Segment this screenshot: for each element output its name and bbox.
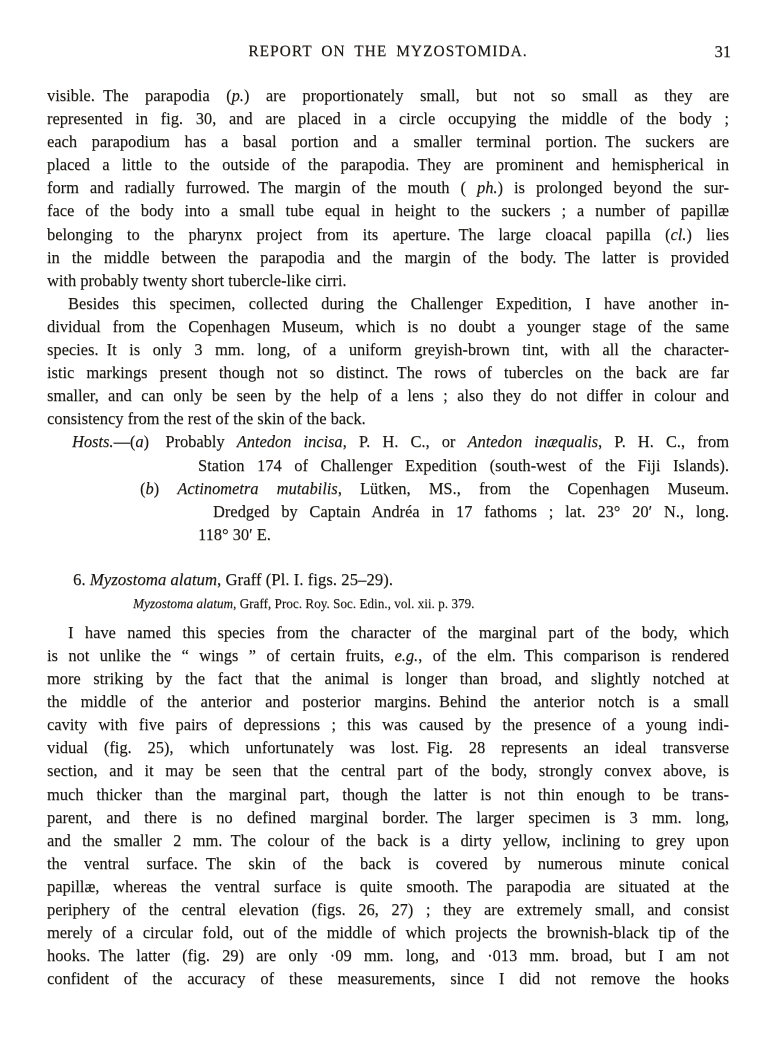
text-line: and the smaller 2 mm. The colour of the …: [47, 829, 729, 852]
paragraph-description: I have named this species from the chara…: [47, 621, 729, 991]
text-line: the ventral surface. The skin of the bac…: [47, 852, 729, 875]
text-line: vidual (fig. 25), which unfortunately wa…: [47, 736, 729, 759]
paragraph-specimen: Besides this specimen, collected during …: [47, 292, 729, 431]
text-line: more striking by the fact that the anima…: [47, 667, 729, 690]
page-number: 31: [715, 42, 732, 62]
page-body: visible. The parapodia (p.) are proporti…: [47, 84, 729, 990]
text-line: with probably twenty short tubercle-like…: [47, 269, 729, 292]
text-line: in the middle between the parapodia and …: [47, 246, 729, 269]
text-line: confident of the accuracy of these measu…: [47, 967, 729, 990]
text-line: face of the body into a small tube equal…: [47, 199, 729, 222]
text-line: placed a little to the outside of the pa…: [47, 153, 729, 176]
text-line: visible. The parapodia (p.) are proporti…: [47, 84, 729, 107]
text-line: I have named this species from the chara…: [47, 621, 729, 644]
text-line: cavity with five pairs of depressions ; …: [47, 713, 729, 736]
hosts-item-b-continuation: Dredged by Captain Andréa in 17 fathoms …: [213, 500, 729, 523]
text-line: much thicker than the marginal part, tho…: [47, 783, 729, 806]
text-line: belonging to the pharynx project from it…: [47, 223, 729, 246]
text-line: represented in fig. 30, and are placed i…: [47, 107, 729, 130]
text-line: species. It is only 3 mm. long, of a uni…: [47, 338, 729, 361]
text-line: Besides this specimen, collected during …: [47, 292, 729, 315]
text-line: form and radially furrowed. The margin o…: [47, 176, 729, 199]
text-line: consistency from the rest of the skin of…: [47, 407, 729, 430]
hosts-item-a: Hosts.—(a) Probably Antedon incisa, P. H…: [72, 430, 729, 453]
text-line: papillæ, whereas the ventral surface is …: [47, 875, 729, 898]
book-page: REPORT ON THE MYZOSTOMIDA. 31 visible. T…: [0, 0, 776, 1050]
hosts-item-a-continuation: Station 174 of Challenger Expedition (so…: [198, 454, 729, 477]
text-line: smaller, and can only be seen by the hel…: [47, 384, 729, 407]
paragraph-continuation: visible. The parapodia (p.) are proporti…: [47, 84, 729, 292]
species-heading: 6. Myzostoma alatum, Graff (Pl. I. figs.…: [73, 568, 729, 591]
text-line: hooks. The latter (fig. 29) are only ·09…: [47, 944, 729, 967]
hosts-list: Hosts.—(a) Probably Antedon incisa, P. H…: [47, 430, 729, 545]
text-line: the middle of the anterior and posterior…: [47, 690, 729, 713]
text-line: section, and it may be seen that the cen…: [47, 759, 729, 782]
text-line: parent, and there is no defined marginal…: [47, 806, 729, 829]
hosts-item-b-continuation: 118° 30′ E.: [198, 523, 729, 546]
running-title: REPORT ON THE MYZOSTOMIDA.: [0, 43, 776, 61]
text-line: istic markings present though not so dis…: [47, 361, 729, 384]
synonymy-citation: Myzostoma alatum, Graff, Proc. Roy. Soc.…: [133, 596, 729, 612]
text-line: dividual from the Copenhagen Museum, whi…: [47, 315, 729, 338]
hosts-item-b: (b) Actinometra mutabilis, Lütken, MS., …: [140, 477, 729, 500]
text-line: periphery of the central elevation (figs…: [47, 898, 729, 921]
text-line: each parapodium has a basal portion and …: [47, 130, 729, 153]
text-line: is not unlike the “ wings ” of certain f…: [47, 644, 729, 667]
text-line: merely of a circular fold, out of the mi…: [47, 921, 729, 944]
